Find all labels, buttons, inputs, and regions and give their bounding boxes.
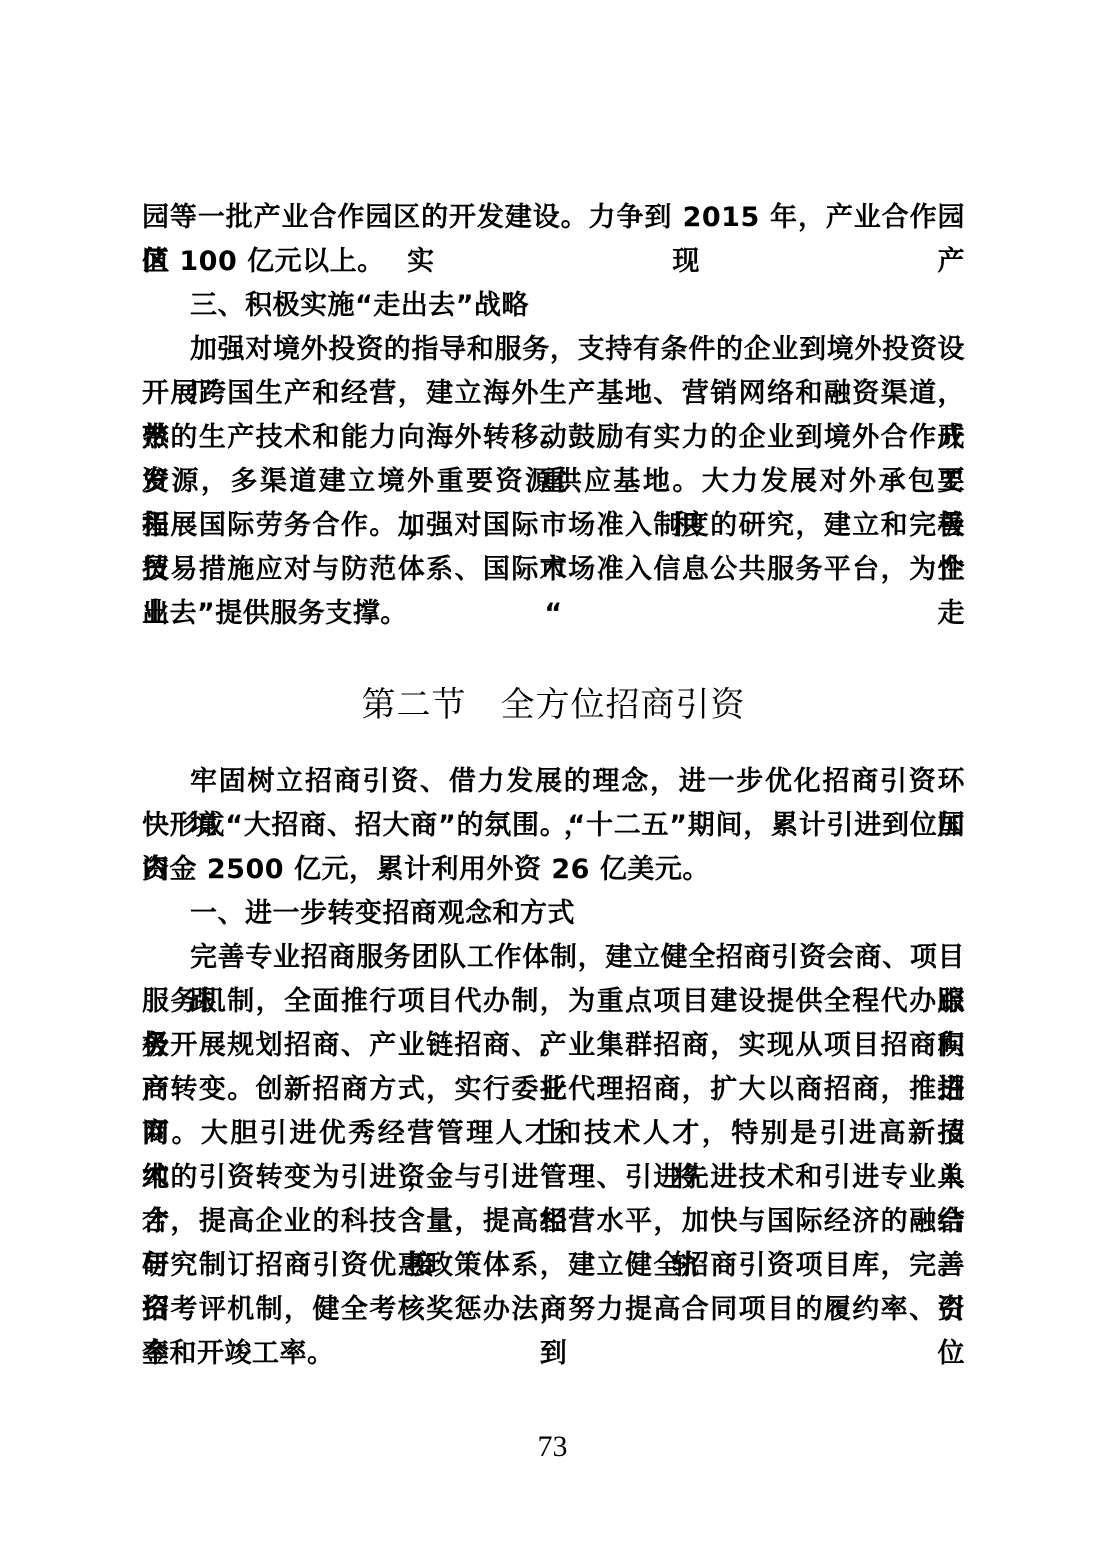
text-line: 商转变。创新招商方式，实行委托代理招商，扩大以商招商，推进网上招 <box>142 1068 965 1112</box>
text-line: 加强对境外投资的指导和服务，支持有条件的企业到境外投资设厂， <box>142 328 965 372</box>
text-line: 熟的生产技术和能力向海外转移。鼓励有实力的企业到境外合作开发重要 <box>142 416 965 460</box>
text-line: 完善专业招商服务团队工作体制，建立健全招商引资会商、项目跟踪 <box>142 936 965 980</box>
subsection-heading: 一、进一步转变招商观念和方式 <box>142 892 965 936</box>
text-line: 贸易措施应对与防范体系、国际市场准入信息公共服务平台，为企业“走 <box>142 548 965 592</box>
text-line: 牢固树立招商引资、借力发展的理念，进一步优化招商引资环境，加 <box>142 760 965 804</box>
text-line: 开展跨国生产和经营，建立海外生产基地、营销网络和融资渠道，带动成 <box>142 372 965 416</box>
page-number: 73 <box>538 1430 568 1463</box>
text-line: 资考评机制，健全考核奖惩办法，努力提高合同项目的履约率、资金到位 <box>142 1288 965 1332</box>
section-heading: 第二节全方位招商引资 <box>142 680 965 730</box>
page-footer: 73 <box>0 1430 1105 1464</box>
text-line: 拓展国际劳务合作。加强对国际市场准入制度的研究，建立和完善技术性 <box>142 504 965 548</box>
text-block: 园等一批产业合作园区的开发建设。力争到 2015 年，产业合作园区实现产 值 1… <box>142 196 965 1376</box>
text-line: 园等一批产业合作园区的开发建设。力争到 2015 年，产业合作园区实现产 <box>142 196 965 240</box>
text-line: 商。大胆引进优秀经营管理人才和技术人才，特别是引进高新技术，将单 <box>142 1112 965 1156</box>
text-line: 资金 2500 亿元，累计利用外资 26 亿美元。 <box>142 848 965 892</box>
document-page: 园等一批产业合作园区的开发建设。力争到 2015 年，产业合作园区实现产 值 1… <box>0 0 1105 1550</box>
subsection-heading: 三、积极实施“走出去”战略 <box>142 284 965 328</box>
text-line: 资源，多渠道建立境外重要资源供应基地。大力发展对外承包工程，积极 <box>142 460 965 504</box>
text-line: 研究制订招商引资优惠政策体系，建立健全招商引资项目库，完善招商引 <box>142 1244 965 1288</box>
text-line: 极开展规划招商、产业链招商、产业集群招商，实现从项目招商向产业招 <box>142 1024 965 1068</box>
text-line: 合，提高企业的科技含量，提高经营水平，加快与国际经济的融合与接轨。 <box>142 1200 965 1244</box>
text-line: 快形成“大招商、招大商”的氛围。“十二五”期间，累计引进到位国内 <box>142 804 965 848</box>
text-line: 纯的引资转变为引进资金与引进管理、引进先进技术和引进专业人才相结 <box>142 1156 965 1200</box>
section-heading-title: 全方位招商引资 <box>501 685 746 725</box>
text-line: 服务机制，全面推行项目代办制，为重点项目建设提供全程代办服务。积 <box>142 980 965 1024</box>
section-heading-label: 第二节 <box>362 685 467 725</box>
